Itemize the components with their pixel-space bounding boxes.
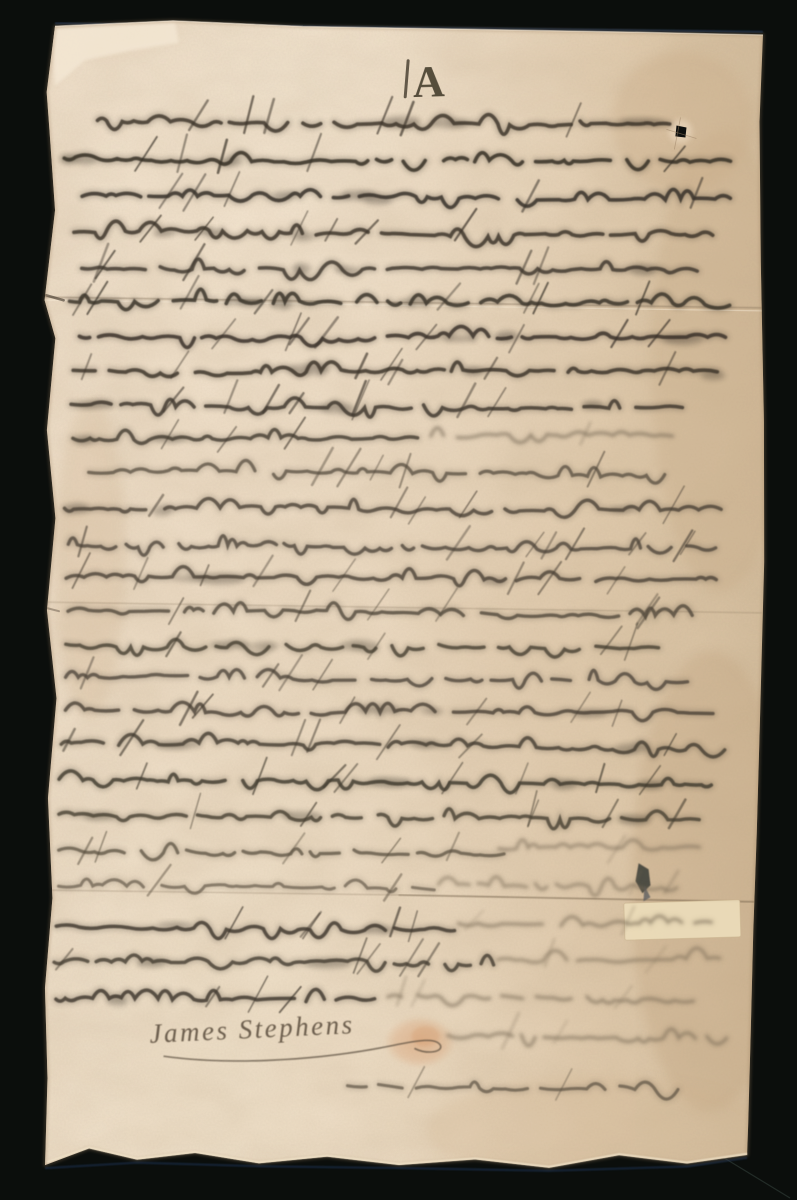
ink-blob: [292, 263, 312, 274]
archive-mark-letter: A: [412, 57, 445, 107]
photo-canvas: A James Stephens: [0, 0, 797, 1200]
manuscript-photo: A James Stephens: [0, 0, 797, 1200]
wax-seal-core: [412, 1026, 440, 1046]
document-page: A James Stephens: [37, 13, 795, 1187]
